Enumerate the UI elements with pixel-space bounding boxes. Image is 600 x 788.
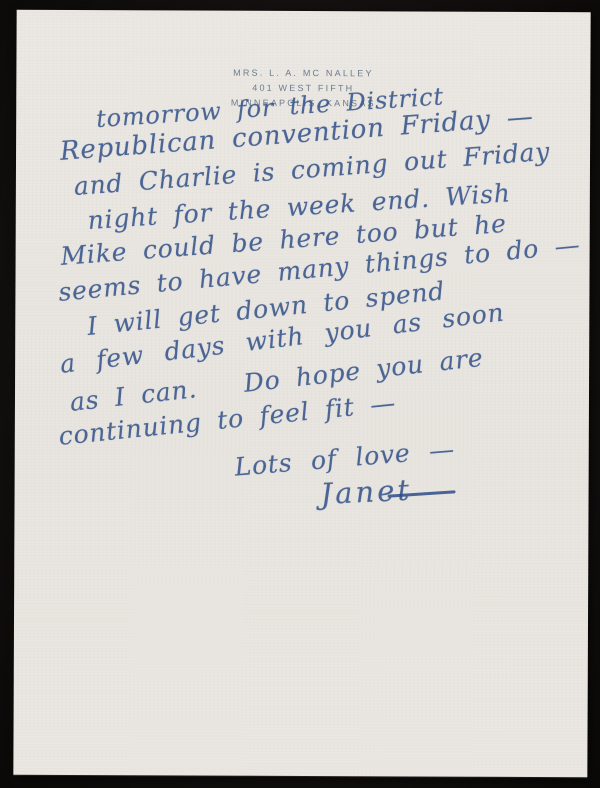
closing-line: Lots of love — [233, 434, 455, 481]
photo-background: MRS. L. A. MC NALLEY 401 WEST FIFTH MINN… [0, 0, 600, 788]
signature: Janet [320, 473, 413, 511]
letter-paper: MRS. L. A. MC NALLEY 401 WEST FIFTH MINN… [13, 10, 590, 777]
